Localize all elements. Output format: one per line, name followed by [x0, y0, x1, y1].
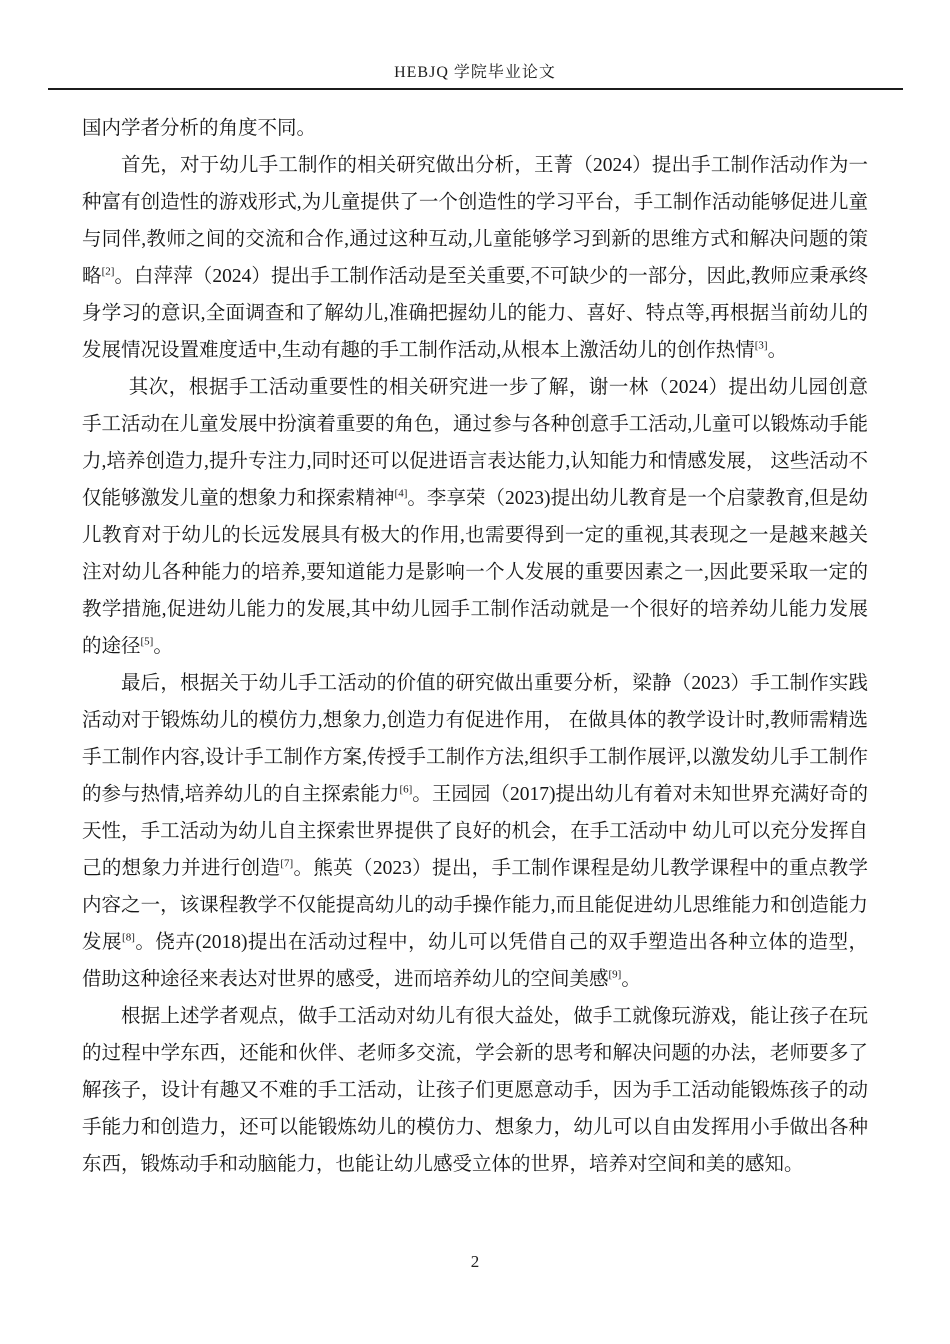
document-body: 国内学者分析的角度不同。首先，对于幼儿手工制作的相关研究做出分析，王菁（2024…: [82, 110, 868, 1183]
paragraph: 首先，对于幼儿手工制作的相关研究做出分析，王菁（2024）提出手工制作活动作为一…: [82, 147, 868, 369]
paragraph: 最后，根据关于幼儿手工活动的价值的研究做出重要分析，梁静（2023）手工制作实践…: [82, 665, 868, 998]
paragraph: 其次，根据手工活动重要性的相关研究进一步了解，谢一林（2024）提出幼儿园创意手…: [82, 369, 868, 665]
citation-ref: [7]: [280, 858, 293, 870]
paragraph: 根据上述学者观点，做手工活动对幼儿有很大益处，做手工就像玩游戏，能让孩子在玩的过…: [82, 998, 868, 1183]
citation-ref: [2]: [102, 266, 115, 278]
citation-ref: [3]: [755, 340, 768, 352]
header-title: HEBJQ 学院毕业论文: [394, 64, 556, 81]
citation-ref: [8]: [122, 932, 135, 944]
page-footer: 2: [0, 1252, 950, 1272]
citation-ref: [9]: [609, 969, 622, 981]
document-page: HEBJQ 学院毕业论文 国内学者分析的角度不同。首先，对于幼儿手工制作的相关研…: [0, 0, 950, 1344]
citation-ref: [5]: [141, 636, 154, 648]
page-header: HEBJQ 学院毕业论文: [48, 0, 903, 90]
citation-ref: [4]: [395, 488, 408, 500]
paragraph: 国内学者分析的角度不同。: [82, 110, 868, 147]
page-number: 2: [471, 1252, 480, 1271]
citation-ref: [6]: [399, 784, 412, 796]
